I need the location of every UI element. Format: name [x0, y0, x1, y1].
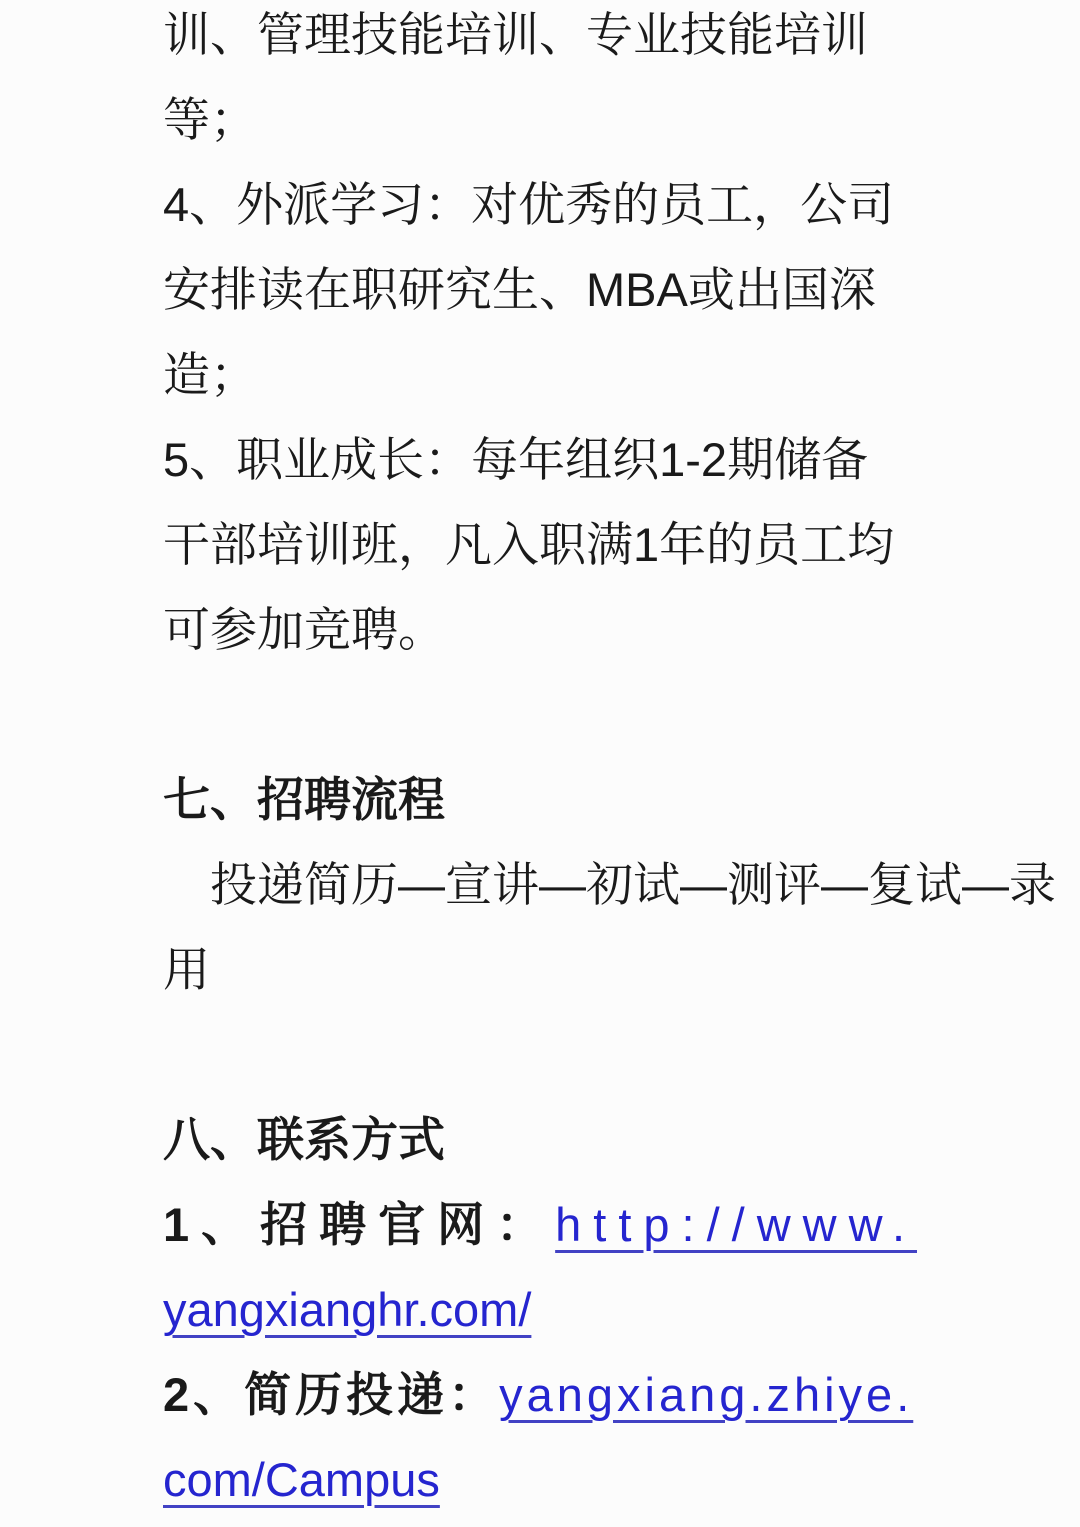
- recruitment-flow-line-1: 投递简历—宣讲—初试—测评—复试—录: [163, 842, 930, 927]
- website-link[interactable]: http://www.: [555, 1198, 917, 1251]
- contact-item-website: 1、招聘官网：http://www.: [163, 1182, 930, 1267]
- contact-item-resume: 2、简历投递：yangxiang.zhiye.: [163, 1352, 930, 1437]
- contact-item-resume-continued: com/Campus: [163, 1437, 930, 1522]
- website-label: 1、招聘官网：: [163, 1198, 555, 1251]
- section-heading-recruitment-process: 七、招聘流程: [163, 757, 930, 842]
- training-item5-line-3: 可参加竞聘。: [163, 587, 930, 672]
- resume-link-continued[interactable]: com/Campus: [163, 1453, 440, 1506]
- training-item5-line-2: 干部培训班，凡入职满1年的员工均: [163, 502, 930, 587]
- recruitment-document: 训、管理技能培训、专业技能培训 等； 4、外派学习：对优秀的员工，公司 安排读在…: [0, 0, 1080, 1522]
- training-overflow-line-1: 训、管理技能培训、专业技能培训: [163, 0, 930, 77]
- training-item4-line-1: 4、外派学习：对优秀的员工，公司: [163, 162, 930, 247]
- resume-link[interactable]: yangxiang.zhiye.: [499, 1368, 913, 1421]
- training-item5-line-1: 5、职业成长：每年组织1-2期储备: [163, 417, 930, 502]
- resume-label: 2、简历投递：: [163, 1368, 499, 1421]
- training-item4-line-2: 安排读在职研究生、MBA或出国深: [163, 247, 930, 332]
- contact-item-website-continued: yangxianghr.com/: [163, 1267, 930, 1352]
- section-heading-contact: 八、联系方式: [163, 1097, 930, 1182]
- website-link-continued[interactable]: yangxianghr.com/: [163, 1283, 531, 1336]
- training-overflow-line-2: 等；: [163, 77, 930, 162]
- training-item4-line-3: 造；: [163, 332, 930, 417]
- recruitment-flow-line-2: 用: [163, 927, 930, 1012]
